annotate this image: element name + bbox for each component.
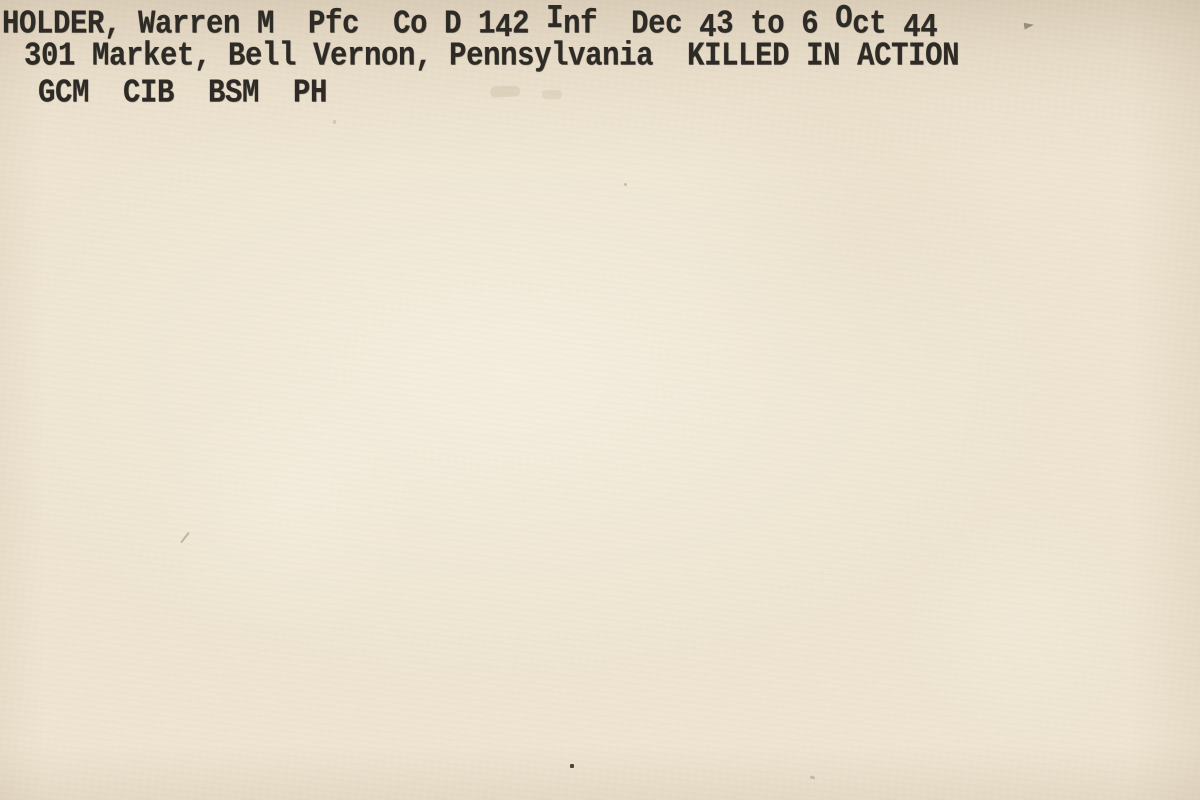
paper-scratch	[180, 532, 190, 543]
paper-speck	[810, 775, 816, 780]
paper-speck	[624, 183, 627, 186]
paper-speck	[333, 120, 337, 124]
ink-fleck	[1024, 21, 1035, 29]
paper-texture	[0, 0, 1200, 800]
index-card-scan: HOLDER, Warren M Pfc Co D 142 Inf Dec 43…	[0, 0, 1200, 800]
text-segment-raise: O	[835, 0, 852, 37]
ghost-smudge	[542, 90, 562, 99]
typed-line-address-status: 301 Market, Bell Vernon, Pennsylvania KI…	[24, 37, 959, 76]
text-segment-raise: I	[546, 0, 563, 37]
ghost-smudge	[490, 85, 521, 98]
ink-dot	[570, 764, 574, 768]
typed-line-awards: GCM CIB BSM PH	[38, 74, 327, 113]
